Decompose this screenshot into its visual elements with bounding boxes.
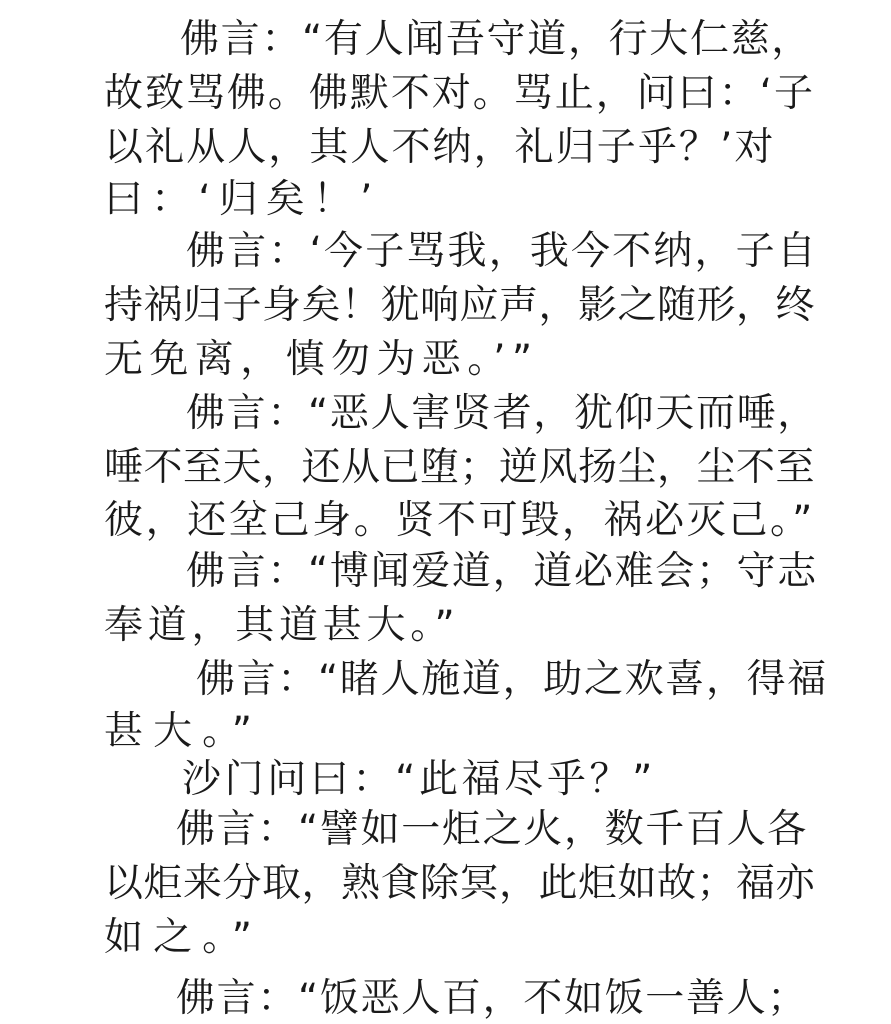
text-line: 以炬来分取，熟食除冥，此炬如故；福亦 xyxy=(104,860,815,908)
text-line: 佛言：“饭恶人百，不如饭一善人； xyxy=(176,975,808,1023)
text-line: 佛言：“恶人害贤者，犹仰天而唾， xyxy=(186,390,818,438)
text-line: 甚大。” xyxy=(104,708,262,756)
text-line: 佛言：“譬如一炬之火，数千百人各 xyxy=(176,806,808,854)
text-line: 唾不至天，还从已堕；逆风扬尘，尘不至 xyxy=(104,444,815,492)
text-line: 如之。” xyxy=(104,914,262,962)
text-line: 佛言：“睹人施道，助之欢喜，得福 xyxy=(196,656,828,704)
text-line: 彼，还坌己身。贤不可毁，祸必灭己。” xyxy=(104,497,815,545)
text-line: 曰：‘归矣！’ xyxy=(104,176,381,224)
text-line: 沙门问曰：“此福尽乎？” xyxy=(182,756,656,804)
document-page: 佛言：“有人闻吾守道，行大仁慈，故致骂佛。佛默不对。骂止，问曰：‘子以礼从人，其… xyxy=(0,0,891,1024)
text-line: 故致骂佛。佛默不对。骂止，问曰：‘子 xyxy=(104,70,815,118)
text-line: 奉道，其道甚大。” xyxy=(104,602,460,650)
text-line: 佛言：‘今子骂我，我今不纳，子自 xyxy=(186,228,818,276)
text-line: 以礼从人，其人不纳，礼归子乎？’对 xyxy=(104,124,776,172)
text-line: 无免离，慎勿为恶。’” xyxy=(104,336,539,384)
text-line: 佛言：“有人闻吾守道，行大仁慈， xyxy=(180,16,812,64)
text-line: 持祸归子身矣！犹响应声，影之随形，终 xyxy=(104,282,815,330)
text-line: 佛言：“博闻爱道，道必难会；守志 xyxy=(186,548,818,596)
